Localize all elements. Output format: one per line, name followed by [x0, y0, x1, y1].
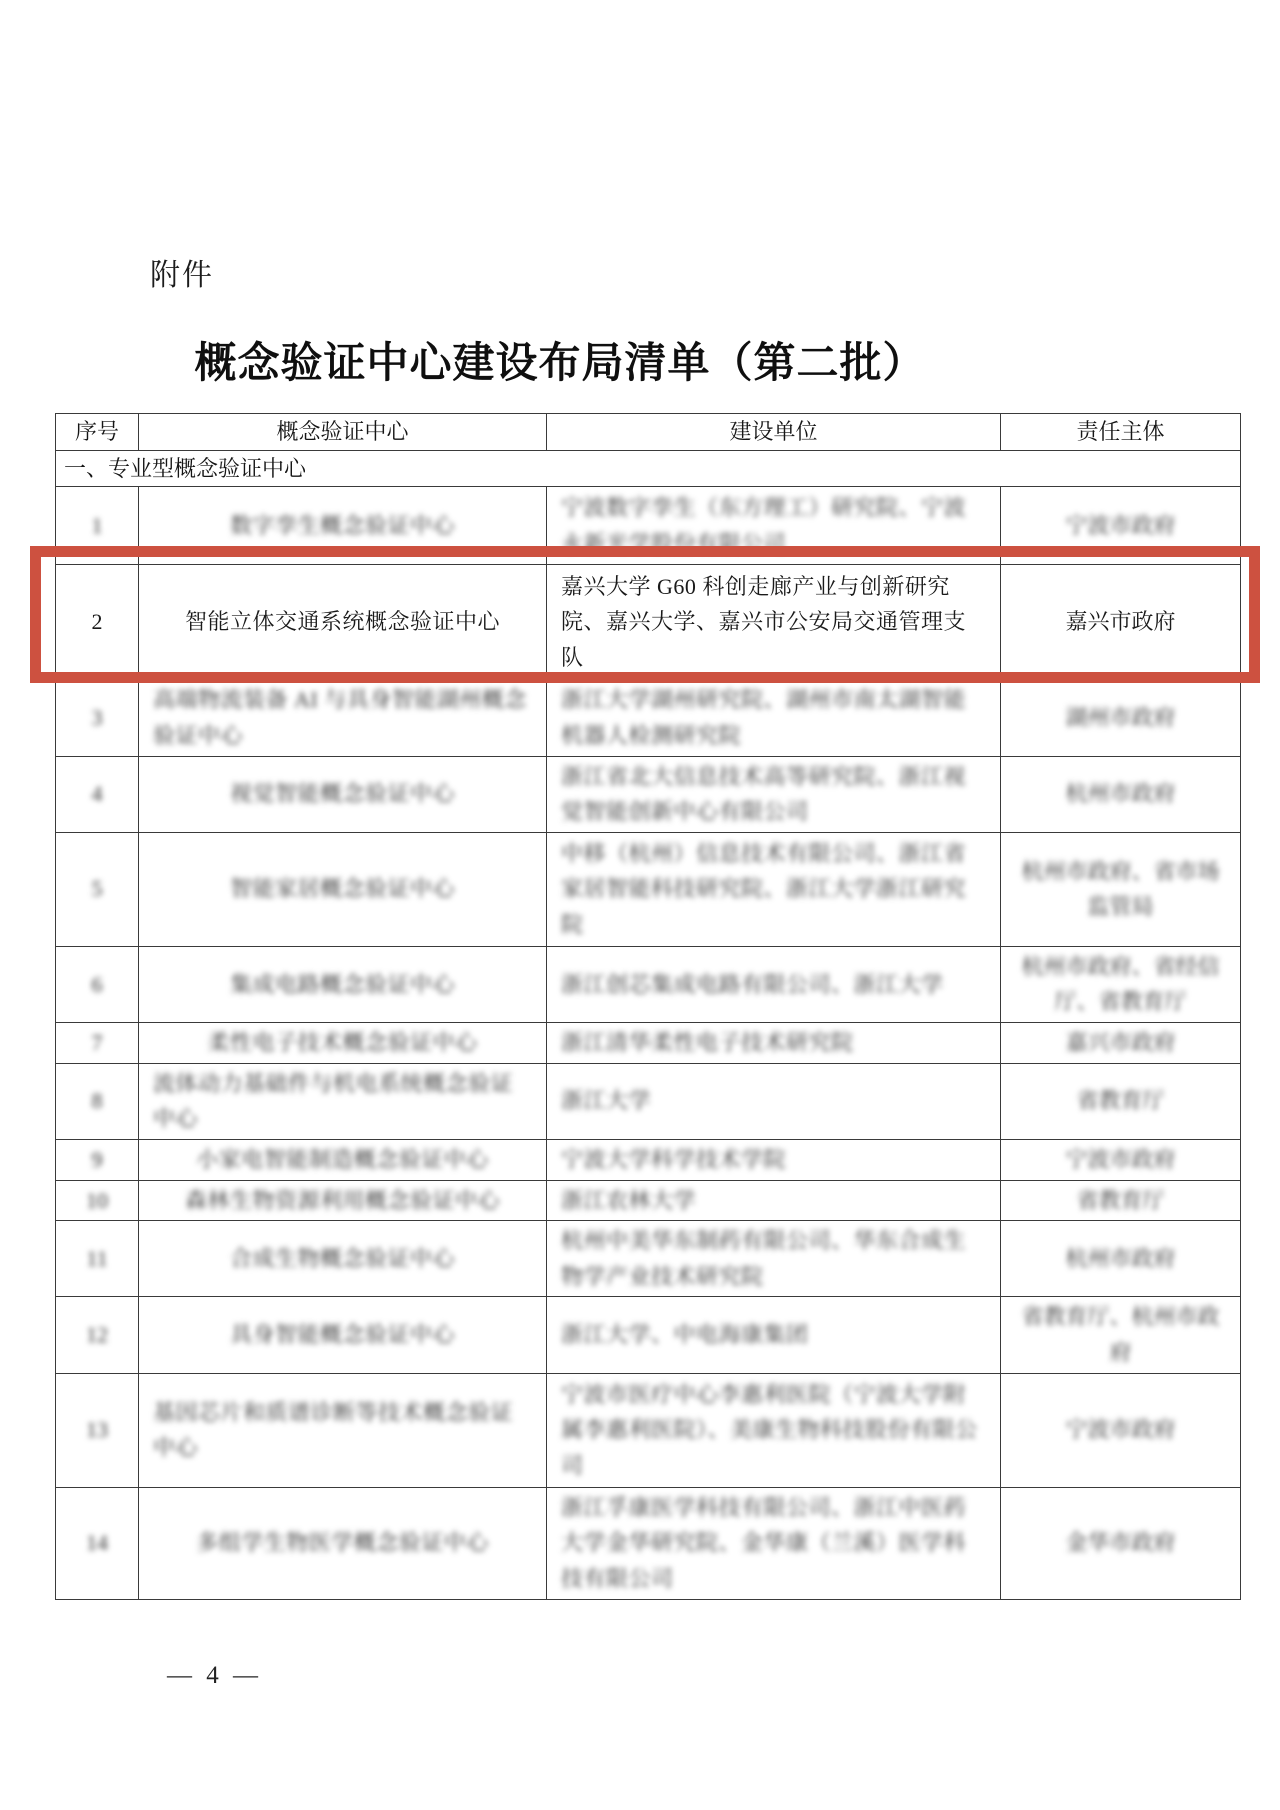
table-row: 12具身智能概念验证中心浙江大学、中电海康集团省教育厅、杭州市政府	[56, 1297, 1241, 1373]
cell-owner: 省教育厅	[1001, 1180, 1241, 1221]
cell-text: 柔性电子技术概念验证中心	[207, 1030, 477, 1055]
cell-text: 宁波市政府	[1065, 1147, 1175, 1172]
cell-builder: 浙江创芯集成电路有限公司、浙江大学	[547, 946, 1001, 1022]
cell-builder: 中移（杭州）信息技术有限公司、浙江省家居智能科技研究院、浙江大学浙江研究院	[547, 832, 1001, 946]
cell-text: 湖州市政府	[1065, 705, 1175, 730]
cell-text: 合成生物概念验证中心	[230, 1246, 455, 1271]
cell-builder: 杭州中美华东制药有限公司、华东合成生物学产业技术研究院	[547, 1221, 1001, 1297]
cell-text: 浙江清华柔性电子技术研究院	[561, 1030, 854, 1055]
cell-owner: 杭州市政府	[1001, 1221, 1241, 1297]
cell-center-name: 具身智能概念验证中心	[139, 1297, 547, 1373]
header-owner: 责任主体	[1001, 414, 1241, 451]
cell-text: 宁波市政府	[1065, 1417, 1175, 1442]
cell-text: 小家电智能制造概念验证中心	[196, 1147, 489, 1172]
cell-text: 杭州中美华东制药有限公司、华东合成生物学产业技术研究院	[561, 1228, 966, 1289]
table-row: 14多组学生物医学概念验证中心浙江孚康医学科技有限公司、浙江中医药大学金华研究院…	[56, 1487, 1241, 1599]
cell-text: 浙江创芯集成电路有限公司、浙江大学	[561, 972, 944, 997]
cell-text: 杭州市政府、省市场监管局	[1021, 859, 1219, 920]
header-builder: 建设单位	[547, 414, 1001, 451]
cell-builder: 宁波大学科学技术学院	[547, 1139, 1001, 1180]
cell-owner: 金华市政府	[1001, 1487, 1241, 1599]
cell-owner: 杭州市政府、省市场监管局	[1001, 832, 1241, 946]
cell-builder: 浙江大学湖州研究院、湖州市南太湖智能机器人检测研究院	[547, 680, 1001, 756]
cell-text: 金华市政府	[1065, 1530, 1175, 1555]
section-label: 一、专业型概念验证中心	[56, 450, 1241, 487]
cell-text: 浙江大学湖州研究院、湖州市南太湖智能机器人检测研究院	[561, 687, 966, 748]
highlight-box	[30, 546, 1260, 683]
cell-text: 10	[86, 1188, 108, 1213]
cell-builder: 宁波市医疗中心李惠利医院（宁波大学附属李惠利医院）、美康生物科技股份有限公司	[547, 1373, 1001, 1487]
cell-owner: 宁波市政府	[1001, 1139, 1241, 1180]
cell-seq: 14	[56, 1487, 139, 1599]
cell-text: 杭州市政府	[1065, 1246, 1175, 1271]
cell-text: 嘉兴市政府	[1065, 1030, 1175, 1055]
cell-text: 5	[92, 876, 103, 901]
cell-center-name: 高端物流装备 AI 与具身智能湖州概念验证中心	[139, 680, 547, 756]
table-row: 4视觉智能概念验证中心浙江省北大信息技术高等研究院、浙江视觉智能创新中心有限公司…	[56, 756, 1241, 832]
cell-seq: 13	[56, 1373, 139, 1487]
cell-owner: 湖州市政府	[1001, 680, 1241, 756]
cell-center-name: 森林生物资源利用概念验证中心	[139, 1180, 547, 1221]
cell-text: 宁波市医疗中心李惠利医院（宁波大学附属李惠利医院）、美康生物科技股份有限公司	[561, 1382, 978, 1478]
cell-text: 集成电路概念验证中心	[230, 972, 455, 997]
cell-text: 13	[86, 1417, 108, 1442]
cell-text: 流体动力基础件与机电系统概念验证中心	[153, 1071, 513, 1132]
cell-builder: 浙江清华柔性电子技术研究院	[547, 1023, 1001, 1064]
cell-text: 4	[92, 781, 103, 806]
cell-text: 3	[92, 705, 103, 730]
cell-text: 省教育厅、杭州市政府	[1021, 1304, 1219, 1365]
header-seq: 序号	[56, 414, 139, 451]
table-row: 13基因芯片和质谱诊断等技术概念验证中心宁波市医疗中心李惠利医院（宁波大学附属李…	[56, 1373, 1241, 1487]
cell-text: 省教育厅	[1076, 1188, 1164, 1213]
cell-center-name: 基因芯片和质谱诊断等技术概念验证中心	[139, 1373, 547, 1487]
cell-builder: 浙江农林大学	[547, 1180, 1001, 1221]
cell-seq: 11	[56, 1221, 139, 1297]
table-header-row: 序号 概念验证中心 建设单位 责任主体	[56, 414, 1241, 451]
cell-owner: 杭州市政府	[1001, 756, 1241, 832]
section-row: 一、专业型概念验证中心	[56, 450, 1241, 487]
cell-seq: 9	[56, 1139, 139, 1180]
cell-text: 7	[92, 1030, 103, 1055]
table-row: 6集成电路概念验证中心浙江创芯集成电路有限公司、浙江大学杭州市政府、省经信厅、省…	[56, 946, 1241, 1022]
page-title: 概念验证中心建设布局清单（第二批）	[194, 330, 925, 390]
cell-text: 视觉智能概念验证中心	[230, 781, 455, 806]
cell-center-name: 多组学生物医学概念验证中心	[139, 1487, 547, 1599]
cell-text: 数字孪生概念验证中心	[230, 513, 455, 538]
table-row: 3高端物流装备 AI 与具身智能湖州概念验证中心浙江大学湖州研究院、湖州市南太湖…	[56, 680, 1241, 756]
cell-seq: 10	[56, 1180, 139, 1221]
cell-owner: 省教育厅	[1001, 1063, 1241, 1139]
cell-text: 具身智能概念验证中心	[230, 1322, 455, 1347]
table-row: 5智能家居概念验证中心中移（杭州）信息技术有限公司、浙江省家居智能科技研究院、浙…	[56, 832, 1241, 946]
cell-text: 高端物流装备 AI 与具身智能湖州概念验证中心	[153, 687, 527, 748]
table-row: 9小家电智能制造概念验证中心宁波大学科学技术学院宁波市政府	[56, 1139, 1241, 1180]
cell-text: 杭州市政府、省经信厅、省教育厅	[1021, 954, 1219, 1015]
cell-text: 11	[86, 1246, 107, 1271]
cell-text: 6	[92, 972, 103, 997]
cell-seq: 12	[56, 1297, 139, 1373]
cell-owner: 杭州市政府、省经信厅、省教育厅	[1001, 946, 1241, 1022]
attachment-label: 附件	[150, 250, 214, 294]
cell-builder: 浙江大学、中电海康集团	[547, 1297, 1001, 1373]
header-center: 概念验证中心	[139, 414, 547, 451]
table-row: 8流体动力基础件与机电系统概念验证中心浙江大学省教育厅	[56, 1063, 1241, 1139]
cell-seq: 6	[56, 946, 139, 1022]
cell-text: 中移（杭州）信息技术有限公司、浙江省家居智能科技研究院、浙江大学浙江研究院	[561, 841, 966, 937]
cell-text: 宁波市政府	[1065, 513, 1175, 538]
table-row: 10森林生物资源利用概念验证中心浙江农林大学省教育厅	[56, 1180, 1241, 1221]
cell-text: 浙江农林大学	[561, 1188, 696, 1213]
cell-builder: 浙江大学	[547, 1063, 1001, 1139]
cell-seq: 4	[56, 756, 139, 832]
cell-seq: 7	[56, 1023, 139, 1064]
cell-center-name: 柔性电子技术概念验证中心	[139, 1023, 547, 1064]
cell-text: 浙江孚康医学科技有限公司、浙江中医药大学金华研究院、金华康（兰溪）医学科技有限公…	[561, 1495, 966, 1591]
cell-center-name: 合成生物概念验证中心	[139, 1221, 547, 1297]
cell-text: 多组学生物医学概念验证中心	[196, 1530, 489, 1555]
cell-builder: 浙江省北大信息技术高等研究院、浙江视觉智能创新中心有限公司	[547, 756, 1001, 832]
cell-text: 12	[86, 1322, 108, 1347]
table-row: 11合成生物概念验证中心杭州中美华东制药有限公司、华东合成生物学产业技术研究院杭…	[56, 1221, 1241, 1297]
cell-text: 浙江大学、中电海康集团	[561, 1322, 809, 1347]
cell-text: 14	[86, 1530, 108, 1555]
cell-center-name: 视觉智能概念验证中心	[139, 756, 547, 832]
cell-owner: 嘉兴市政府	[1001, 1023, 1241, 1064]
cell-center-name: 智能家居概念验证中心	[139, 832, 547, 946]
cell-seq: 8	[56, 1063, 139, 1139]
cell-text: 浙江大学	[561, 1088, 651, 1113]
cell-text: 杭州市政府	[1065, 781, 1175, 806]
cell-text: 9	[92, 1147, 103, 1172]
cell-center-name: 小家电智能制造概念验证中心	[139, 1139, 547, 1180]
cell-owner: 宁波市政府	[1001, 1373, 1241, 1487]
cell-builder: 浙江孚康医学科技有限公司、浙江中医药大学金华研究院、金华康（兰溪）医学科技有限公…	[547, 1487, 1001, 1599]
cell-center-name: 流体动力基础件与机电系统概念验证中心	[139, 1063, 547, 1139]
cell-text: 森林生物资源利用概念验证中心	[185, 1188, 500, 1213]
cell-seq: 3	[56, 680, 139, 756]
cell-text: 智能家居概念验证中心	[230, 876, 455, 901]
cell-text: 基因芯片和质谱诊断等技术概念验证中心	[153, 1400, 513, 1461]
cell-owner: 省教育厅、杭州市政府	[1001, 1297, 1241, 1373]
table-row: 7柔性电子技术概念验证中心浙江清华柔性电子技术研究院嘉兴市政府	[56, 1023, 1241, 1064]
cell-text: 1	[92, 513, 103, 538]
cell-seq: 5	[56, 832, 139, 946]
cell-text: 宁波大学科学技术学院	[561, 1147, 786, 1172]
cell-text: 浙江省北大信息技术高等研究院、浙江视觉智能创新中心有限公司	[561, 764, 966, 825]
cell-text: 省教育厅	[1076, 1088, 1164, 1113]
page-number: — 4 —	[167, 1662, 262, 1690]
cell-text: 8	[92, 1088, 103, 1113]
cell-center-name: 集成电路概念验证中心	[139, 946, 547, 1022]
